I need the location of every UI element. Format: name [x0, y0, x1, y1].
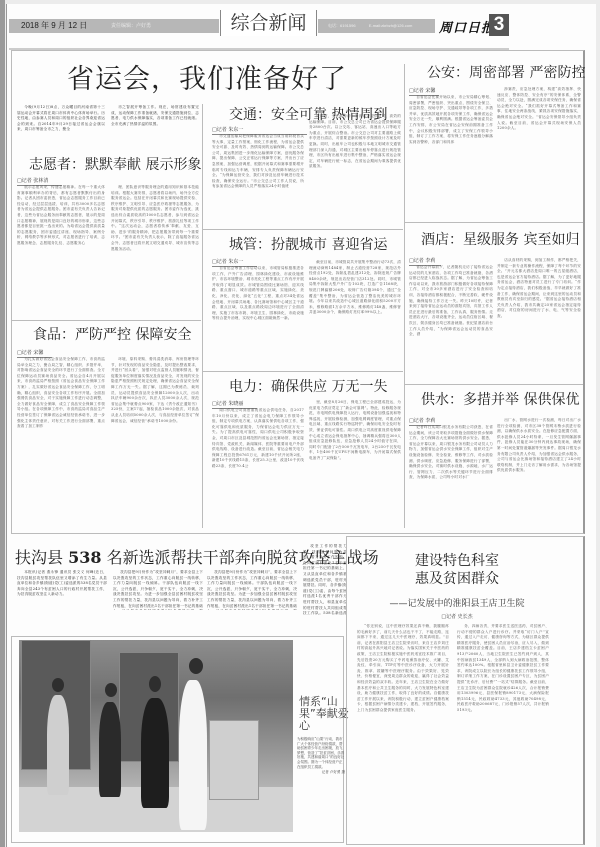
- masthead: 2018 年 9 月 12 日 责任编辑：卢好勇 综合新闻 电话：6191596…: [7, 8, 597, 38]
- urban-headline: 城管：扮靓城市 喜迎省运: [229, 234, 387, 254]
- person: [99, 702, 121, 797]
- fugou-col-1: 本报讯(记者 燕永锋 通讯员 张文义 何峰)近日，扶沟县脱贫攻坚帮扶队伍里又增添…: [17, 570, 107, 610]
- police-col-2: 涉赛责，应急处理方案，构建“高效指挥、快速反应、整体防控、安全有序”的安保体系，…: [497, 87, 581, 215]
- column-divider: [202, 104, 203, 528]
- feature-title: 情系“山果”奉献爱心: [299, 696, 349, 732]
- urban-col-1: 自省运会筹备工作启动以来，市城管局积极推进各项工作，户外广告清理、园林绿化建设、…: [212, 266, 304, 366]
- water-col-2: 出厂水、管网水进行一次检测，每日对出厂水进行全项检测，对市区38个管网末梢水质进…: [497, 418, 581, 525]
- person-head: [149, 676, 161, 692]
- section-title: 综合新闻: [220, 10, 317, 36]
- traffic-col-1: 市交通运输局把保障服务省运会当成当前阶段首头等大事，定量工作预案，细化工作流程，…: [212, 134, 304, 224]
- health-feature-byline: □记者 史长杰: [357, 613, 557, 620]
- photo-credit: 记者 卢好勇 摄: [297, 770, 345, 775]
- donation-photo: [19, 640, 293, 832]
- issue-date: 2018 年 9 月 12 日: [21, 21, 87, 30]
- urban-col-2: 截至目前，市城管局共开展集中整治行动73次，清理流动商贩1484家，制止占道经营…: [309, 260, 401, 366]
- main-headline: 省运会，我们准备好了: [67, 57, 347, 96]
- row-divider: [203, 371, 403, 372]
- page-number: 3: [489, 14, 509, 36]
- feature-caption: 为积极响应“山果”行动，我市广大个体经营户纷纷捐款，帮助贫困青少年走出困境，放飞…: [297, 737, 345, 775]
- police-headline: 公安：周密部署 严密防控: [427, 62, 585, 82]
- water-col-1: 记者昨日从周口银龙水务有限公司获悉，在省运会期间，该公司采取多项措施全面做好供水…: [409, 425, 493, 525]
- hotel-headline: 酒店：星级服务 宾至如归: [421, 229, 579, 249]
- newspaper-page: 2018 年 9 月 12 日 责任编辑：卢好勇 综合新闻 电话：6191596…: [6, 4, 596, 847]
- health-feature-title: 建设特色科室 惠及贫困群众: [357, 552, 557, 588]
- donation-counter: [209, 720, 259, 800]
- intro-col-1: 今晚(9月12日)8点，万众瞩目的河南省第十三届运动会开幕式将在周口市体育中心体…: [17, 105, 105, 139]
- person: [141, 698, 169, 808]
- row-divider: [405, 222, 583, 223]
- power-col-2: 里，截至8月26日，保电工程已全部建成投运，为优质电力供应奠定了“新会可靠网”。…: [309, 400, 401, 518]
- volunteer-col-2: 理、团队意识等服务理念的通用知识和基本技能培训。根据大赛安排，志愿者将以场内、场…: [111, 185, 199, 317]
- person: [179, 680, 207, 830]
- editor-credit: 责任编辑：卢好勇: [111, 19, 151, 33]
- health-feature-subtitle: ——记发展中的淮阳县王店卫生院: [357, 596, 557, 609]
- email: E-mail:zkrbzh@126.com: [369, 23, 413, 28]
- page-edge: [0, 0, 5, 847]
- person-head: [52, 678, 64, 692]
- person-head: [189, 658, 203, 674]
- person: [47, 695, 69, 795]
- fugou-col-2: 扶沟县把9月份作为“攻坚冲刺月”，要求全县上下以决胜攻坚的工作状态，工作重心向脱…: [113, 570, 203, 610]
- hotel-col-1: 省运会开幕前夕，记者随机走访了接待省运会运动员的几家酒店，各项工作均已准备就绪，…: [409, 265, 493, 380]
- contact-bar: 电话：6191596 E-mail:zkrbzh@126.com: [318, 19, 435, 33]
- power-col-1: 周口供电公司高度重视省运会供电任务，自2017年10月份以来，成立了省运会电力保…: [212, 408, 304, 518]
- fugou-col-3: 扶沟县把9月份作为“攻坚冲刺月”，要求全县上下以决胜攻坚的工作状态，工作重心向脱…: [207, 570, 297, 610]
- health-col-1: “你还别说，这中医理疗效果还真不赖，我腰腿疼的毛病好多了，前几天什么活也干不了，…: [357, 624, 449, 842]
- traffic-col-2: 班制度，全天候待命，为省运会提供及时、高效的运输保障。目前，市公交总公司已为省运…: [309, 114, 401, 224]
- food-headline: 食品：严防严控 保障安全: [33, 324, 191, 344]
- intro-col-2: 市之智展开筹备工作。现在，场馆建设布置完成，运动保障工作准备就绪，安保交通措施到…: [111, 105, 199, 139]
- row-divider: [405, 384, 583, 385]
- phone: 电话：6191596: [328, 23, 356, 28]
- health-col-2: 务，四病各责，并要求医生送医送药，对贫困户、行动不便的群众入户进行诊疗。并采取“…: [457, 624, 549, 842]
- food-col-2: 环境、原料采购、餐具清洗消毒、库房管理等环节，针对发现的食品安全隐患，及时提出整…: [111, 357, 199, 487]
- person-head: [105, 683, 117, 697]
- row-divider: [203, 229, 403, 230]
- row-divider: [11, 320, 201, 321]
- police-col-1: 自省运会比赛开始以来，市公安局精心筹划、周密部署，严密组织、突出重点，围绕安全保…: [409, 95, 493, 215]
- food-col-1: 为扎实做好省运会食品安全保障工作，市食药监局举全局之力，聚合局之智，精心组织、多…: [17, 357, 105, 529]
- hotel-col-2: 店从食材的采购，到加工制作，都严格把关，并制定一套专业的操作流程，保障了每个环节…: [497, 258, 581, 380]
- column-divider: [404, 64, 405, 528]
- date-bar: 2018 年 9 月 12 日 责任编辑：卢好勇: [9, 19, 219, 33]
- fugou-col-4: 攻坚工作的帮扶力量，扶沟县以问题为导向，着力补齐工作短板，在向贫困村派出1名干部…: [303, 544, 347, 616]
- newspaper-logo: 周口日报: [439, 17, 495, 36]
- volunteer-col-1: 展示志愿风采，传递志愿精神。在每一个重大体育赛事顺利举办的背后，都有志愿者默默付…: [17, 185, 105, 317]
- power-headline: 电力：确保供应 万无一失: [229, 376, 387, 396]
- volunteer-headline: 志愿者：默默奉献 展示形象: [29, 154, 201, 174]
- water-headline: 供水：多措并举 保供保优: [421, 389, 579, 409]
